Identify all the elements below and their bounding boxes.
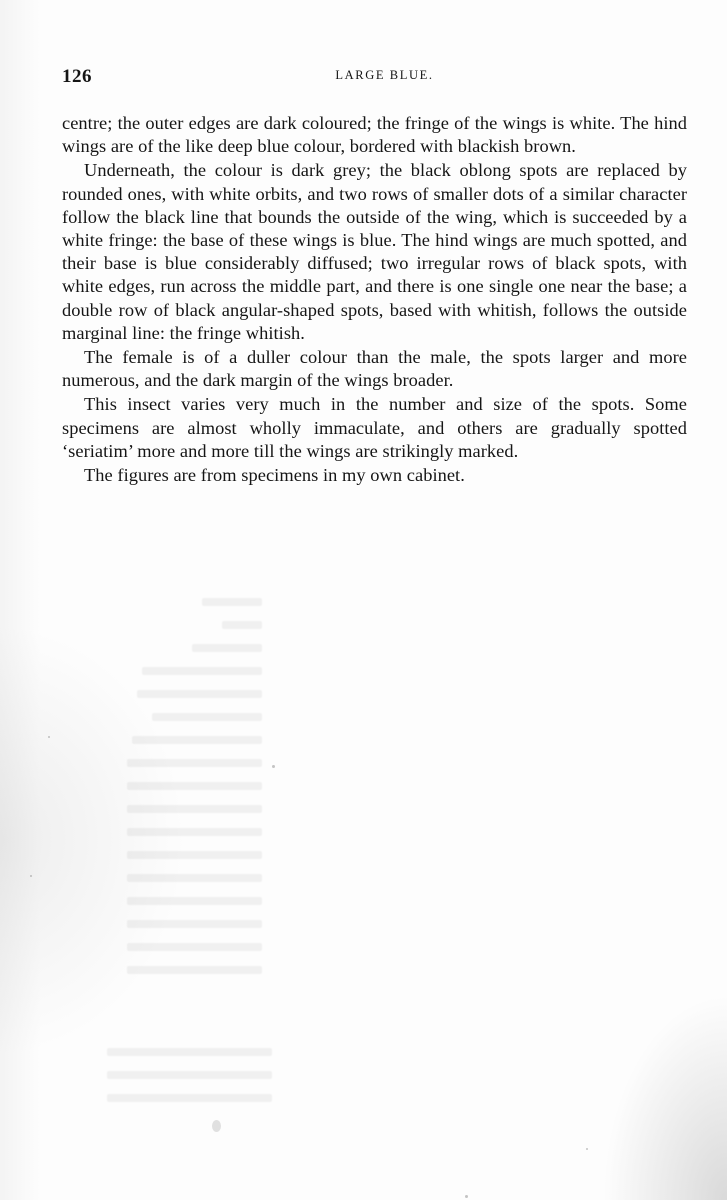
paragraph-variation: This insect varies very much in the numb…: [62, 393, 687, 463]
bleed-through-texture: [62, 590, 262, 1000]
dust-speck: [212, 1120, 221, 1132]
paragraph-wing-description-continued: centre; the outer edges are dark coloure…: [62, 112, 687, 158]
book-page: 126 LARGE BLUE. centre; the outer edges …: [0, 0, 727, 1200]
dust-speck: [48, 736, 50, 738]
paragraph-figures-source: The figures are from specimens in my own…: [62, 464, 687, 487]
running-title: LARGE BLUE.: [62, 68, 687, 83]
dust-speck: [272, 765, 275, 768]
paragraph-underside: Underneath, the colour is dark grey; the…: [62, 159, 687, 345]
dust-speck: [30, 875, 32, 877]
paragraph-female: The female is of a duller colour than th…: [62, 346, 687, 392]
bleed-through-texture-bottom: [62, 1040, 272, 1115]
dust-speck: [586, 1148, 588, 1150]
running-head: 126 LARGE BLUE.: [62, 62, 687, 92]
body-text: centre; the outer edges are dark coloure…: [62, 112, 687, 487]
dust-speck: [465, 1195, 468, 1198]
